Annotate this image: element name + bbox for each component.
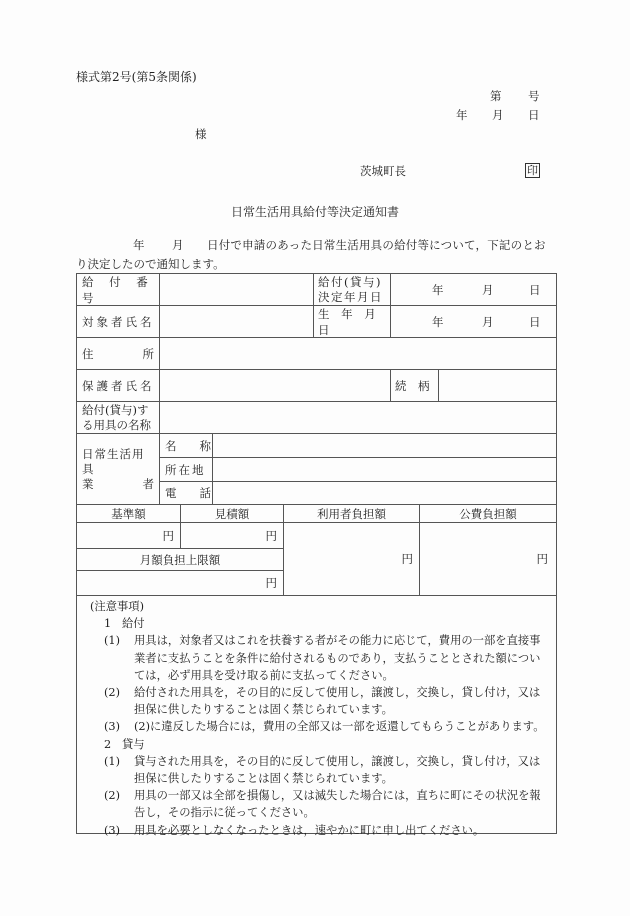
public-burden-label: 公費負担額 xyxy=(420,505,556,522)
public-burden-field[interactable]: 円 xyxy=(420,523,556,595)
addressee-suffix: 様 xyxy=(195,126,207,142)
decision-day-unit: 日 xyxy=(529,282,541,298)
birth-date-field[interactable]: 年 月 日 xyxy=(391,306,556,337)
recipient-name-field[interactable] xyxy=(160,306,313,337)
intro-line1: 日付で申請のあった日常生活用具の給付等について，下記のとお xyxy=(207,237,546,253)
estimate-amount-field[interactable]: 円 xyxy=(181,523,283,548)
item-number: (2) xyxy=(104,787,134,804)
decision-year-unit: 年 xyxy=(432,282,444,298)
vendor-phone-field[interactable] xyxy=(213,482,556,504)
issuer: 茨城町長 xyxy=(360,163,406,179)
notes-heading: (注意事項) xyxy=(90,598,550,615)
item-text: 用具を必要としなくなったときは，速やかに町に申し出てください。 xyxy=(134,824,484,837)
yen-unit: 円 xyxy=(402,551,414,567)
item-name-field[interactable] xyxy=(160,402,556,433)
seal-mark: 印 xyxy=(525,163,540,178)
item-number: (3) xyxy=(104,822,134,839)
note-1-1: (1)用具は，対象者又はこれを扶養する者がその能力に応じて，費用の一部を直接事業… xyxy=(90,632,550,684)
doc-number-prefix: 第 xyxy=(490,88,502,104)
birth-day-unit: 日 xyxy=(529,314,541,330)
vendor-name-label: 名 称 xyxy=(165,434,212,457)
estimate-amount-label: 見積額 xyxy=(181,505,283,522)
vendor-label-line2a: 業 xyxy=(82,477,94,492)
standard-amount-field[interactable]: 円 xyxy=(77,523,180,548)
section-title: 給付 xyxy=(122,617,145,630)
address-label-part2: 所 xyxy=(143,346,155,362)
note-2-1: (1)貸与された用具を，その目的に反して使用し，譲渡し，交換し，貸し付け，又は担… xyxy=(90,753,550,787)
date-month: 月 xyxy=(492,107,504,123)
yen-unit: 円 xyxy=(163,528,175,544)
vendor-label-line2: 業 者 xyxy=(82,477,154,492)
document-title: 日常生活用具給付等決定通知書 xyxy=(0,203,630,220)
user-burden-field[interactable]: 円 xyxy=(284,523,419,595)
yen-unit: 円 xyxy=(266,575,278,591)
note-1-3: (3)(2)に違反した場合には，費用の全部又は一部を返還してもらうことがあります… xyxy=(90,718,550,735)
vendor-label: 日常生活用具 業 者 xyxy=(82,434,154,504)
doc-number-suffix: 号 xyxy=(528,88,540,104)
birth-year-unit: 年 xyxy=(432,314,444,330)
standard-amount-label: 基準額 xyxy=(77,505,180,522)
vendor-location-label: 所在地 xyxy=(165,458,212,481)
item-text: (2)に違反した場合には，費用の全部又は一部を返還してもらうことがあります。 xyxy=(134,720,545,733)
form-id: 様式第2号(第5条関係) xyxy=(76,68,197,85)
birth-date-label: 生 年 月 日 xyxy=(318,306,390,337)
yen-unit: 円 xyxy=(537,551,549,567)
benefit-number-field[interactable] xyxy=(160,274,313,305)
item-text: 用具の一部又は全部を損傷し，又は滅失した場合には，直ちに町にその状況を報告し，そ… xyxy=(134,789,541,819)
date-year: 年 xyxy=(456,107,468,123)
address-label: 住 所 xyxy=(82,338,154,369)
note-1-2: (2)給付された用具を，その目的に反して使用し，譲渡し，交換し，貸し付け，又は担… xyxy=(90,684,550,718)
address-label-part1: 住 xyxy=(82,346,94,362)
decision-month-unit: 月 xyxy=(482,282,494,298)
section-number: 1 xyxy=(104,617,111,630)
benefit-number-label: 給 付 番 号 xyxy=(82,274,158,305)
monthly-cap-field[interactable]: 円 xyxy=(77,571,283,595)
decision-date-label: 給付(貸与) 決定年月日 xyxy=(318,274,390,305)
address-field[interactable] xyxy=(160,338,556,369)
vendor-name-field[interactable] xyxy=(213,434,556,457)
section-number: 2 xyxy=(104,738,111,751)
yen-unit: 円 xyxy=(266,528,278,544)
date-day: 日 xyxy=(528,107,540,123)
user-burden-label: 利用者負担額 xyxy=(284,505,419,522)
notes-section-1-title: 1 給付 xyxy=(90,615,550,632)
note-2-3: (3)用具を必要としなくなったときは，速やかに町に申し出てください。 xyxy=(90,822,550,839)
item-text: 給付された用具を，その目的に反して使用し，譲渡し，交換し，貸し付け，又は担保に供… xyxy=(134,686,540,716)
item-name-label-line2: る用具の名称 xyxy=(82,418,151,433)
section-title: 貸与 xyxy=(122,738,145,751)
item-number: (1) xyxy=(104,753,134,770)
guardian-name-field[interactable] xyxy=(160,370,390,401)
vendor-location-field[interactable] xyxy=(213,458,556,481)
relationship-label: 続 柄 xyxy=(395,370,438,401)
notes-section-2-title: 2 貸与 xyxy=(90,736,550,753)
vendor-phone-label: 電 話 xyxy=(165,482,212,504)
notes-section: (注意事項) 1 給付 (1)用具は，対象者又はこれを扶養する者がその能力に応じ… xyxy=(90,598,550,839)
monthly-cap-label: 月額負担上限額 xyxy=(77,549,283,570)
guardian-name-label: 保護者氏名 xyxy=(82,370,158,401)
birth-month-unit: 月 xyxy=(482,314,494,330)
vendor-label-line1: 日常生活用具 xyxy=(82,447,154,477)
item-text: 貸与された用具を，その目的に反して使用し，譲渡し，交換し，貸し付け，又は担保に供… xyxy=(134,755,540,785)
intro-line2: り決定したので通知します。 xyxy=(76,256,225,272)
intro-year: 年 xyxy=(133,237,145,253)
item-number: (2) xyxy=(104,684,134,701)
item-text: 用具は，対象者又はこれを扶養する者がその能力に応じて，費用の一部を直接事業者に支… xyxy=(134,634,540,681)
item-name-label-line1: 給付(貸与)す xyxy=(82,403,148,418)
item-number: (1) xyxy=(104,632,134,649)
item-name-label: 給付(貸与)す る用具の名称 xyxy=(82,402,158,433)
recipient-name-label: 対象者氏名 xyxy=(82,306,158,337)
intro-month: 月 xyxy=(172,237,184,253)
note-2-2: (2)用具の一部又は全部を損傷し，又は滅失した場合には，直ちに町にその状況を報告… xyxy=(90,787,550,821)
decision-date-field[interactable]: 年 月 日 xyxy=(391,274,556,305)
decision-date-label-line2: 決定年月日 xyxy=(318,290,383,305)
vendor-label-line2b: 者 xyxy=(143,477,155,492)
relationship-field[interactable] xyxy=(439,370,556,401)
item-number: (3) xyxy=(104,718,134,735)
decision-date-label-line1: 給付(貸与) xyxy=(318,275,382,290)
